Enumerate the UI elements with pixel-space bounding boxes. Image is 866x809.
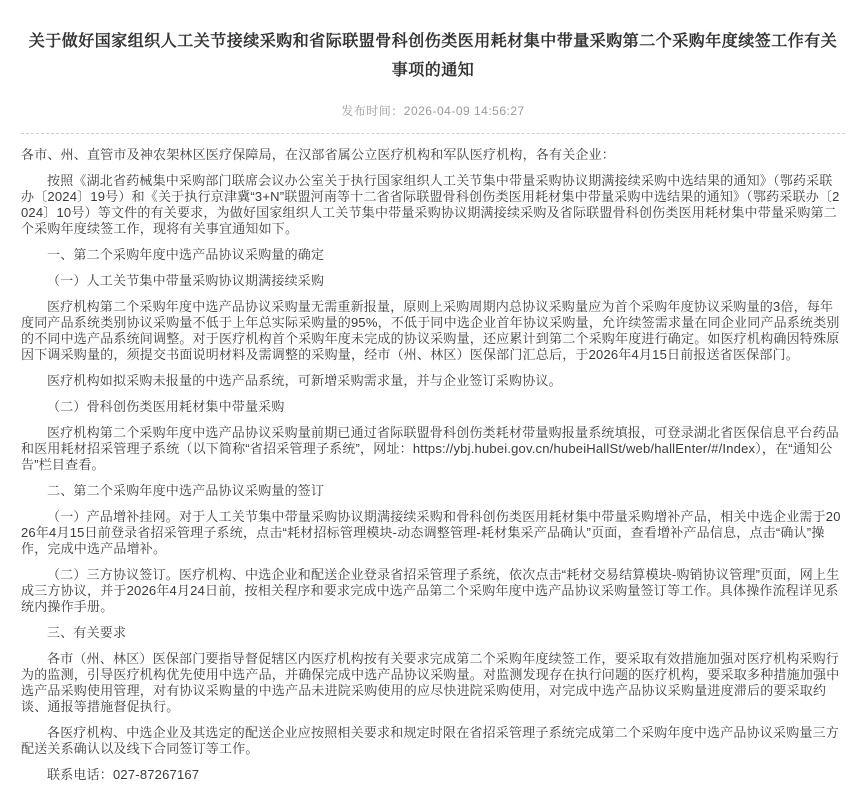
notice-page: 关于做好国家组织人工关节接续采购和省际联盟骨科创伤类医用耗材集中带量采购第二个采… (0, 27, 866, 809)
section-3-heading: 三、有关要求 (21, 625, 845, 641)
notice-body: 各市、州、直管市及神农架林区医疗保障局，在汉部省属公立医疗机构和军队医疗机构，各… (21, 147, 845, 783)
section-1-2-paragraph: 医疗机构第二个采购年度中选产品协议采购量前期已通过省际联盟骨科创伤类耗材带量购报… (21, 425, 845, 473)
section-2-1-paragraph: （一）产品增补挂网。对于人工关节集中带量采购协议期满接续采购和骨科创伤类医用耗材… (21, 509, 845, 557)
publish-time-row: 发布时间：2026-04-09 14:56:27 (21, 102, 845, 119)
section-1-2-heading: （二）骨科创伤类医用耗材集中带量采购 (21, 399, 845, 415)
publish-time-value: 2026-04-09 14:56:27 (404, 104, 525, 118)
section-1-1-heading: （一）人工关节集中带量采购协议期满接续采购 (21, 273, 845, 289)
section-1-1-paragraph: 医疗机构第二个采购年度中选产品协议采购量无需重新报量，原则上采购周期内总协议采购… (21, 299, 845, 363)
section-1-heading: 一、第二个采购年度中选产品协议采购量的确定 (21, 247, 845, 263)
header-divider (21, 133, 845, 134)
publish-time-label: 发布时间： (341, 104, 404, 118)
section-3-paragraph-2: 各医疗机构、中选企业及其选定的配送企业应按照相关要求和规定时限在省招采管理子系统… (21, 725, 845, 757)
section-2-2-paragraph: （二）三方协议签订。医疗机构、中选企业和配送企业登录省招采管理子系统，依次点击“… (21, 567, 845, 615)
section-1-1-paragraph-2: 医疗机构如拟采购未报量的中选产品系统，可新增采购需求量，并与企业签订采购协议。 (21, 373, 845, 389)
section-2-heading: 二、第二个采购年度中选产品协议采购量的签订 (21, 483, 845, 499)
section-3-paragraph-1: 各市（州、林区）医保部门要指导督促辖区内医疗机构按有关要求完成第二个采购年度续签… (21, 651, 845, 715)
salutation-line: 各市、州、直管市及神农架林区医疗保障局，在汉部省属公立医疗机构和军队医疗机构，各… (21, 147, 845, 163)
page-title: 关于做好国家组织人工关节接续采购和省际联盟骨科创伤类医用耗材集中带量采购第二个采… (21, 27, 845, 85)
intro-paragraph: 按照《湖北省药械集中采购部门联席会议办公室关于执行国家组织人工关节集中带量采购协… (21, 173, 845, 237)
contact-phone-line: 联系电话：027-87267167 (21, 767, 845, 783)
